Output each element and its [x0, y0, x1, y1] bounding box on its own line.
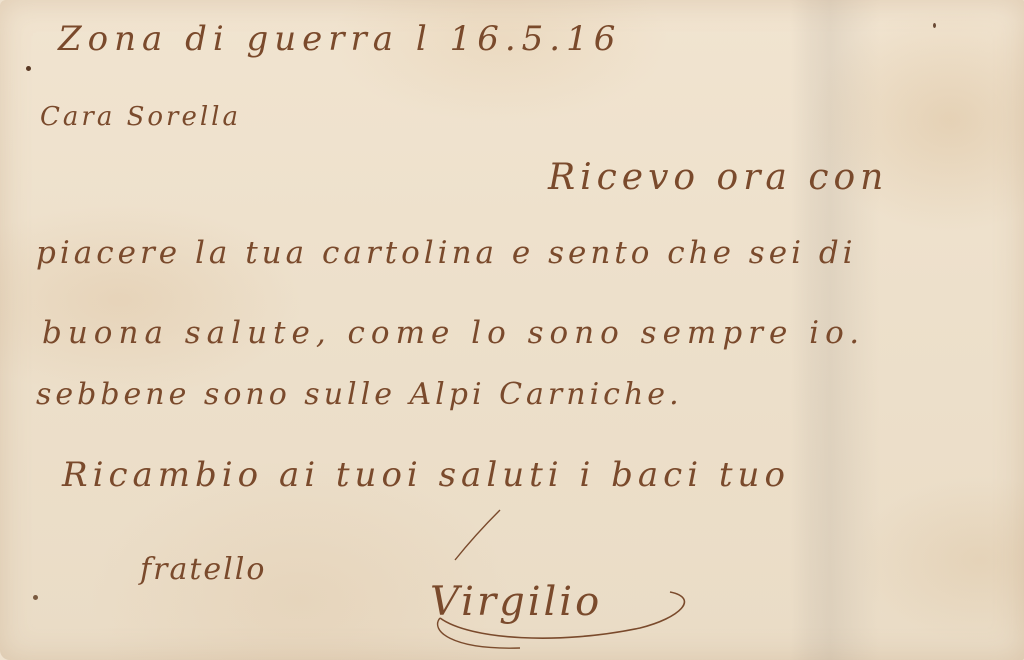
postcard: Zona di guerra l 16.5.16 Cara Sorella Ri… [0, 0, 1024, 660]
place-date: Zona di guerra l 16.5.16 [58, 22, 621, 56]
body-line-1: Ricevo ora con [548, 160, 888, 196]
signature: Virgilio [430, 582, 602, 622]
body-line-2: piacere la tua cartolina e sento che sei… [36, 238, 857, 269]
salutation: Cara Sorella [40, 104, 241, 130]
ink-spot [33, 595, 38, 600]
ink-spot [26, 66, 31, 71]
closing-relation: fratello [140, 555, 266, 585]
ink-spot [933, 23, 936, 28]
body-line-4: sebbene sono sulle Alpi Carniche. [36, 380, 683, 410]
body-line-5: Ricambio ai tuoi saluti i baci tuo [62, 458, 790, 492]
body-line-3: buona salute, come lo sono sempre io. [42, 318, 865, 349]
